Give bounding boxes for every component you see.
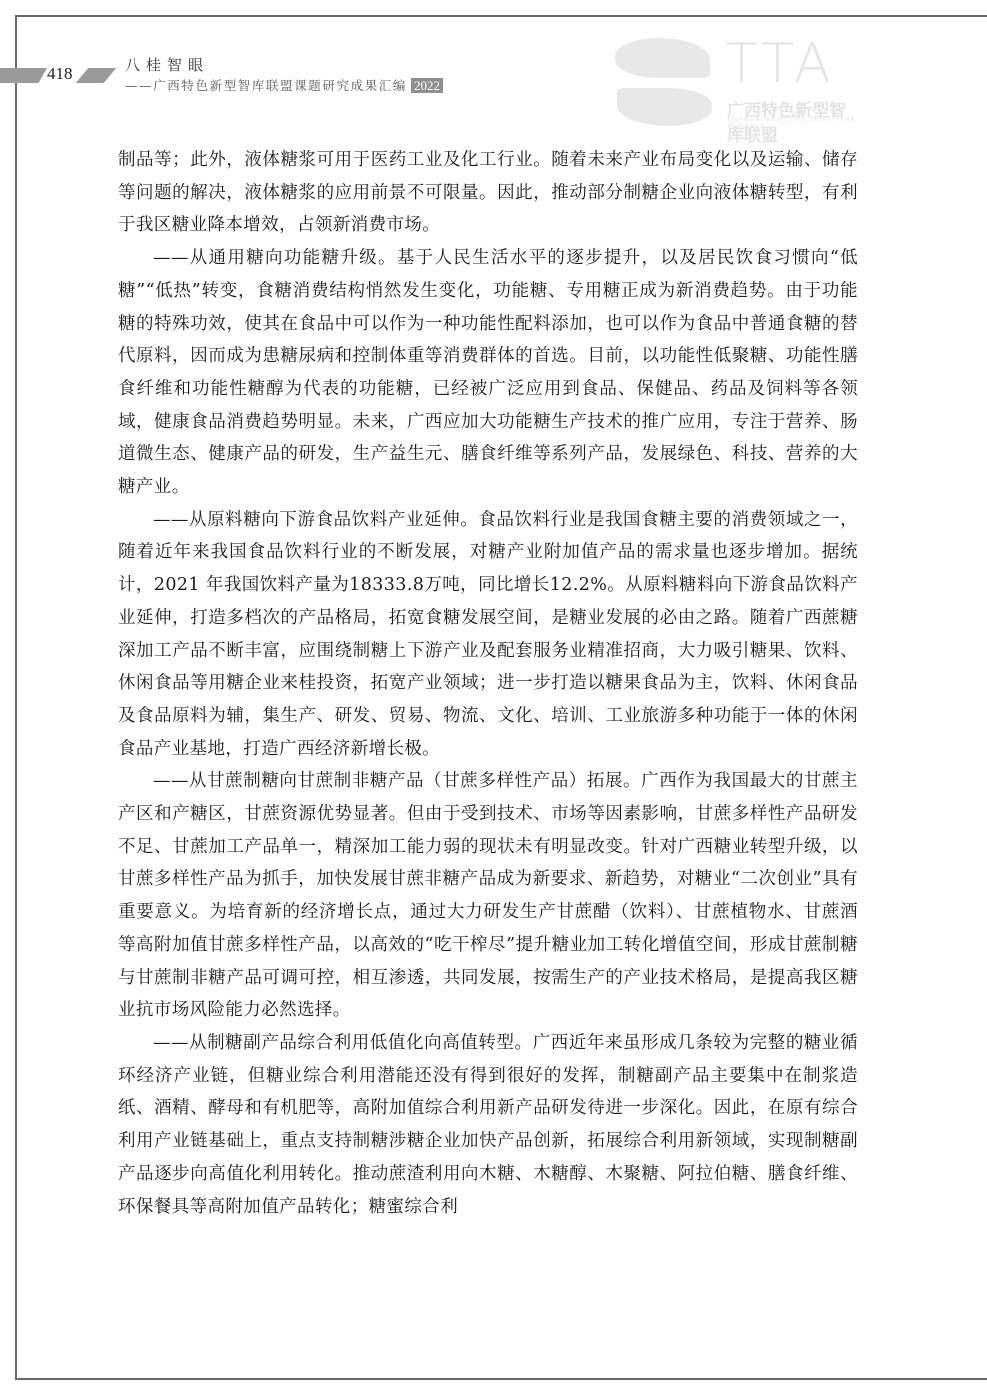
- logo-name-en: GUANGXI NEWSTYLE THINK TANK ALLIANCE: [728, 116, 860, 130]
- page-number: 418: [47, 64, 73, 84]
- paragraph: 制品等；此外，液体糖浆可用于医药工业及化工行业。随着未来产业布局变化以及运输、储…: [118, 144, 858, 242]
- logo-shape-icon: [617, 88, 712, 126]
- logo-mark: TTA: [725, 32, 835, 95]
- series-subtitle-text: ——广西特色新型智库联盟课题研究成果汇编: [125, 78, 407, 93]
- series-subtitle: ——广西特色新型智库联盟课题研究成果汇编2022: [125, 76, 443, 94]
- paragraph: ——从通用糖向功能糖升级。基于人民生活水平的逐步提升，以及居民饮食习惯向“低糖”…: [118, 242, 858, 504]
- body-text: 制品等；此外，液体糖浆可用于医药工业及化工行业。随着未来产业布局变化以及运输、储…: [118, 144, 858, 1223]
- logo-shape-icon: [615, 38, 710, 78]
- tta-logo: TTA 广西特色新型智库联盟 GUANGXI NEWSTYLE THINK TA…: [605, 28, 860, 128]
- year-badge: 2022: [411, 78, 443, 93]
- paragraph: ——从原料糖向下游食品饮料产业延伸。食品饮料行业是我国食糖主要的消费领域之一，随…: [118, 504, 858, 766]
- series-title: 八桂智眼: [125, 54, 209, 75]
- paragraph: ——从制糖副产品综合利用低值化向高值转型。广西近年来虽形成几条较为完整的糖业循环…: [118, 1027, 858, 1223]
- paragraph: ——从甘蔗制糖向甘蔗制非糖产品（甘蔗多样性产品）拓展。广西作为我国最大的甘蔗主产…: [118, 765, 858, 1027]
